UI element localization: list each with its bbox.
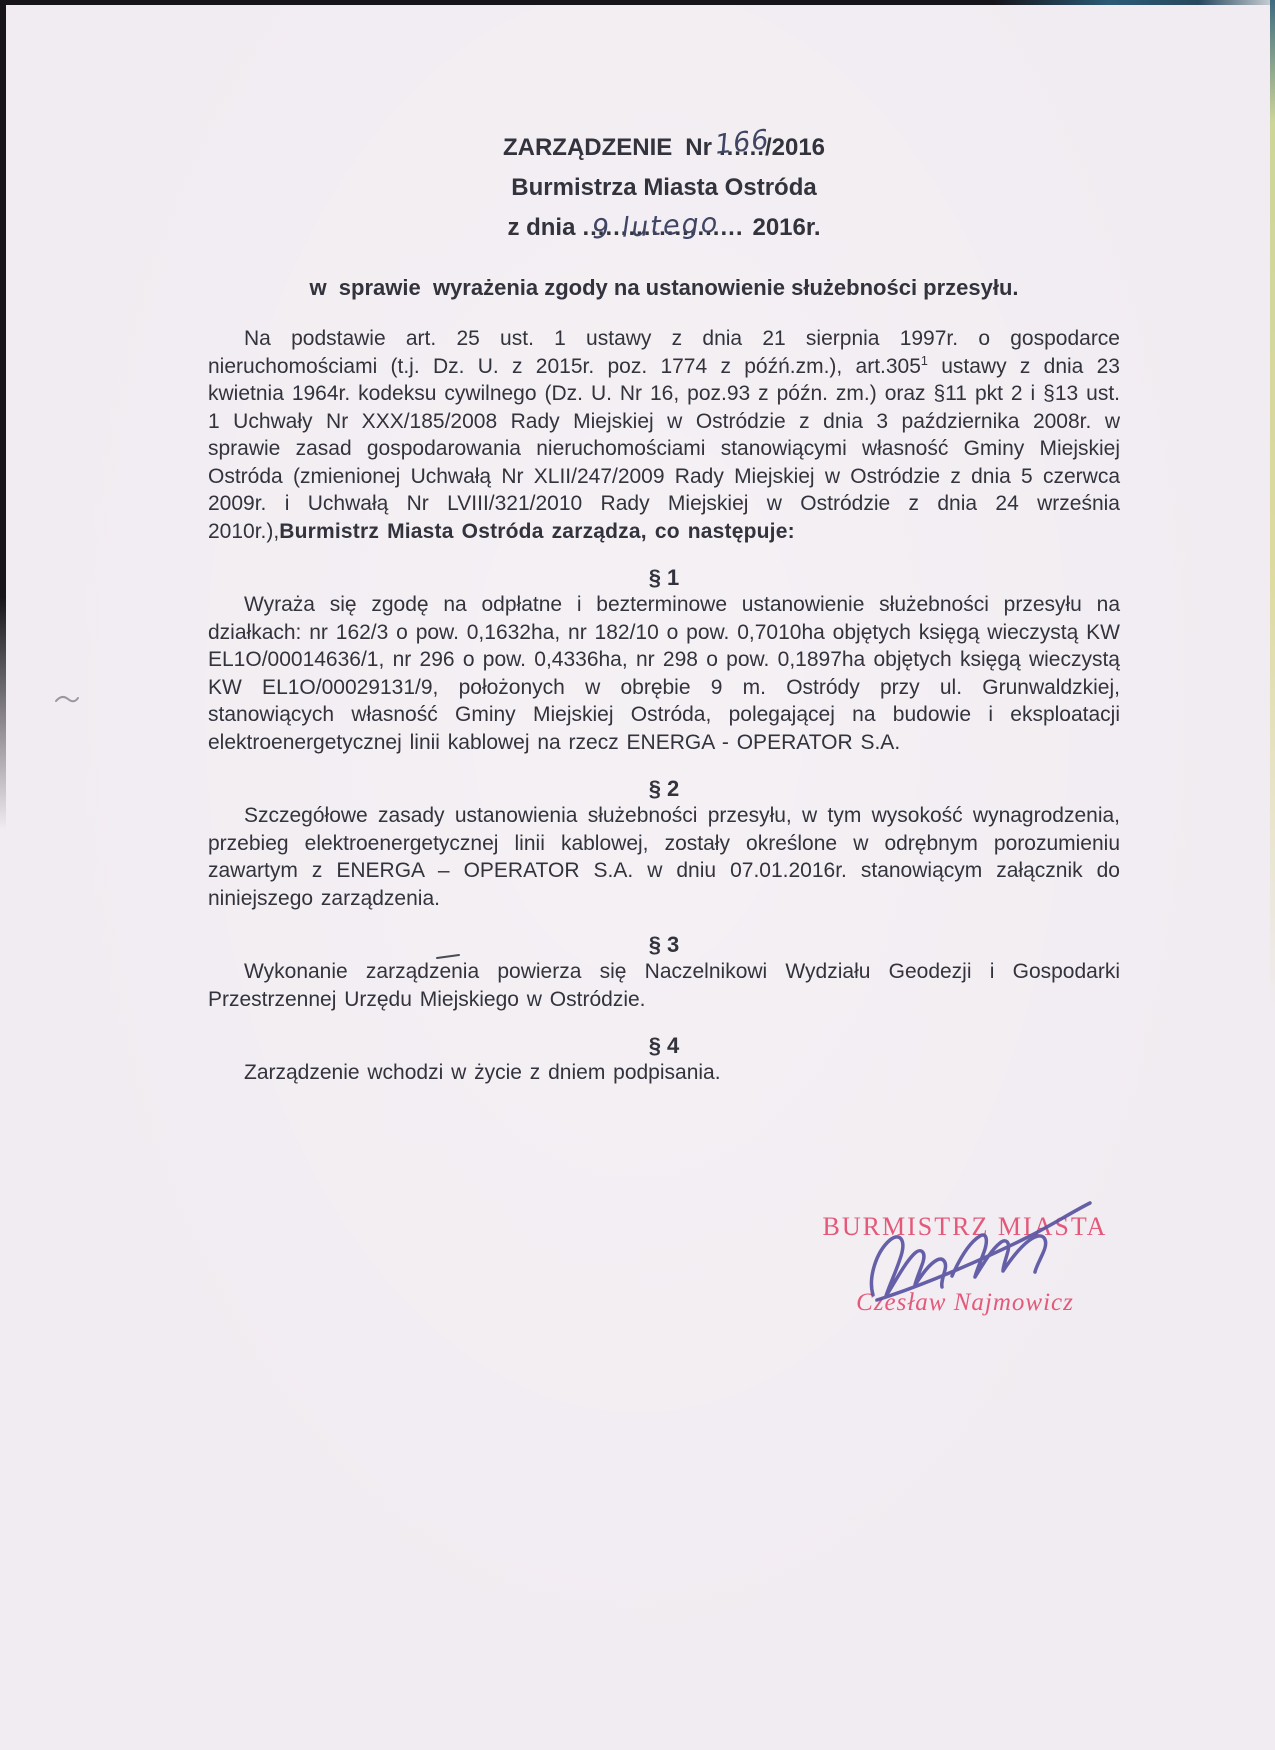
date-line: z dnia.....................9 lutego2016r… (208, 208, 1120, 248)
nr-label: Nr (685, 134, 712, 161)
preamble-superscript: 1 (921, 354, 928, 368)
preamble-text-2: ustawy z dnia 23 kwietnia 1964r. kodeksu… (208, 355, 1120, 543)
section-2-heading: § 2 (208, 776, 1120, 802)
date-prefix: z dnia (507, 214, 575, 241)
nr-year-suffix: /2016 (765, 134, 825, 161)
scanned-document-page: ZARZĄDZENIENr......166/2016 Burmistrza M… (0, 0, 1275, 1750)
title-line: ZARZĄDZENIENr......166/2016 (208, 128, 1120, 168)
mayor-stamp-title: BURMISTRZ MIASTA (790, 1212, 1140, 1242)
section-2-text: Szczegółowe zasady ustanowienia służebno… (208, 802, 1120, 912)
handwritten-ordinance-number: 166 (713, 120, 771, 165)
preamble-ordering-clause: Burmistrz Miasta Ostróda zarządza, co na… (279, 520, 795, 543)
section-3-heading: § 3 (208, 932, 1120, 958)
document-subject: w sprawie wyrażenia zgody na ustanowieni… (208, 274, 1120, 302)
section-3-text: Wykonanie zarządzenia powierza się Nacze… (208, 958, 1120, 1013)
date-year-suffix: 2016r. (752, 214, 820, 241)
doc-type-label: ZARZĄDZENIE (503, 134, 672, 161)
issuer-line: Burmistrza Miasta Ostróda (208, 168, 1120, 208)
section-4-heading: § 4 (208, 1033, 1120, 1059)
document-header: ZARZĄDZENIENr......166/2016 Burmistrza M… (208, 128, 1120, 248)
document-content: ZARZĄDZENIENr......166/2016 Burmistrza M… (208, 0, 1120, 1087)
section-1-text: Wyraża się zgodę na odpłatne i beztermin… (208, 591, 1120, 756)
ordinance-number-slot: ......166 (719, 128, 765, 168)
section-1-heading: § 1 (208, 565, 1120, 591)
section-4-text: Zarządzenie wchodzi w życie z dniem podp… (208, 1059, 1120, 1087)
scan-edge-right (1270, 0, 1275, 1750)
margin-tick-mark (56, 697, 78, 701)
handwritten-date: 9 lutego (591, 204, 720, 251)
mayor-stamp-name: Czesław Najmowicz (790, 1289, 1140, 1317)
legal-preamble: Na podstawie art. 25 ust. 1 ustawy z dni… (208, 325, 1120, 545)
scan-edge-left (0, 0, 6, 830)
date-slot: .....................9 lutego (582, 208, 743, 248)
signature-block: BURMISTRZ MIASTA Czesław Najmowicz (790, 1212, 1140, 1317)
